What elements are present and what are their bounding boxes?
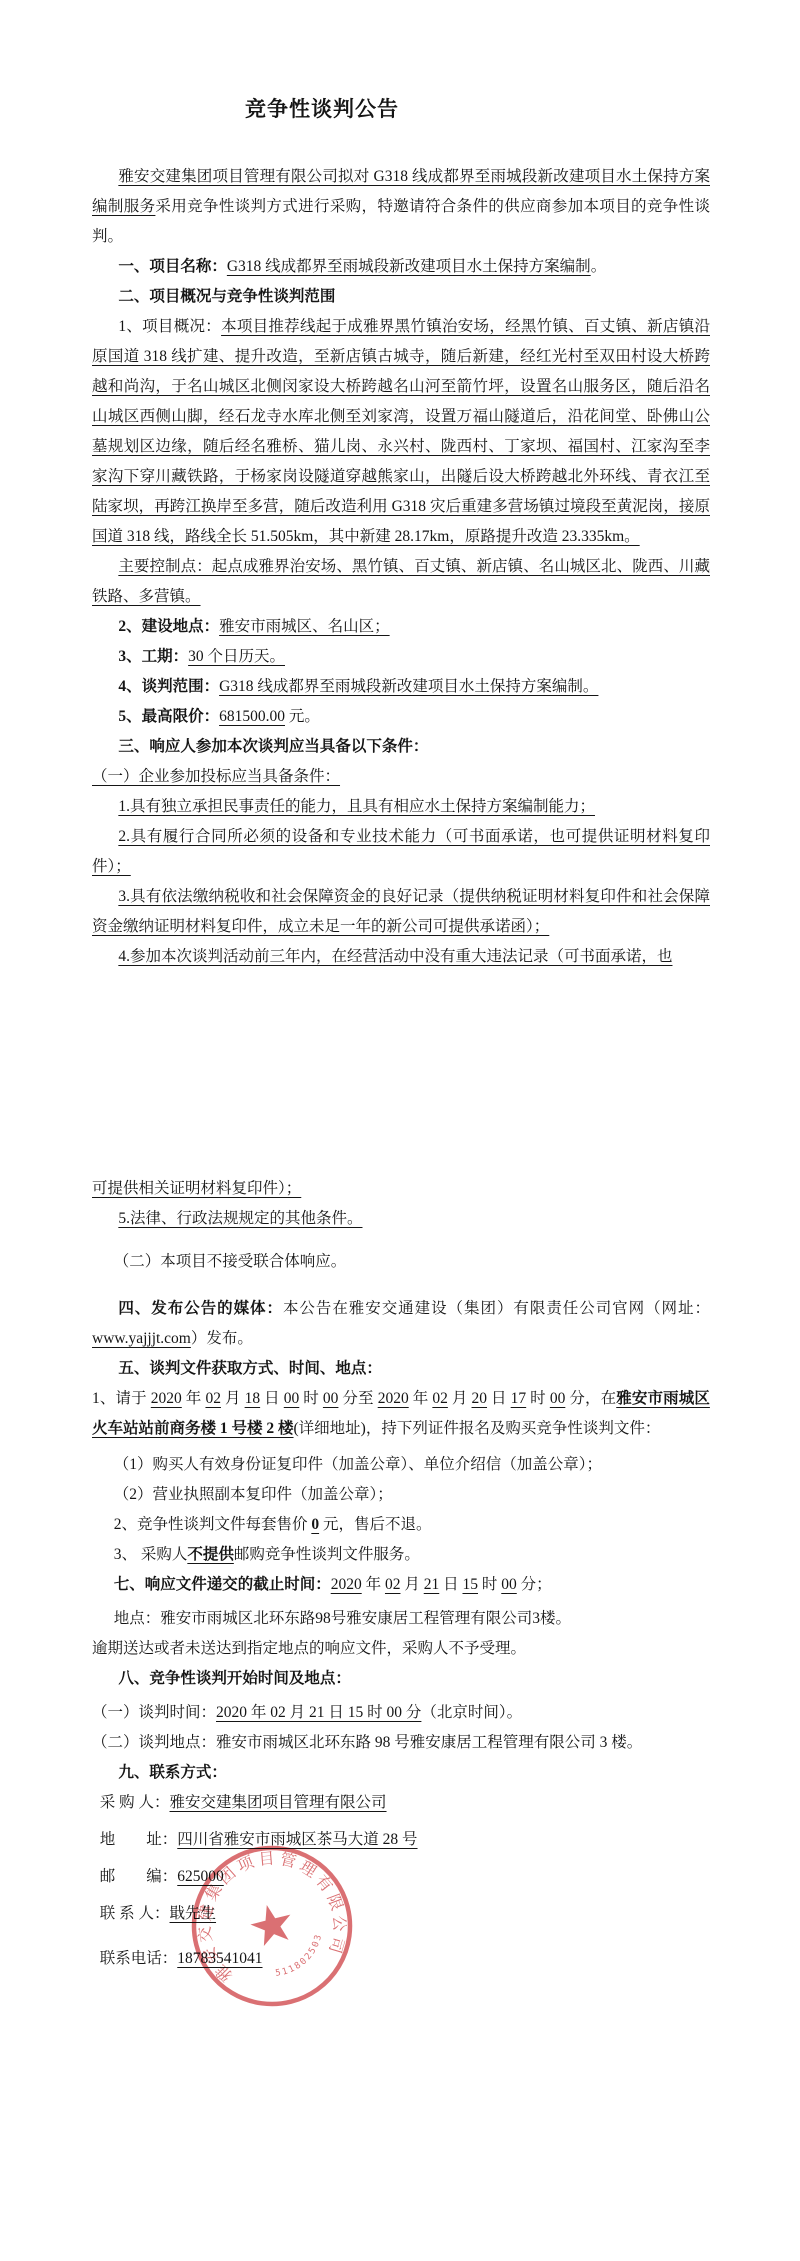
text-run: 地点：雅安市雨城区北环东路98号雅安康居工程管理有限公司3楼。 [114,1610,571,1627]
text-run: 七、响应文件递交的截止时间： [114,1576,331,1593]
document-page: 竞争性谈判公告 雅安交建集团项目管理有限公司拟对 G318 线成都界至雨城段新改… [0,0,800,2261]
text-run: 雅安交建集团项目管理有限公司 [170,1794,387,1811]
text-run: 月 [448,1390,472,1407]
text-run: 1、请于 [92,1390,151,1407]
text-run: 00 [501,1576,517,1593]
section-8-heading: 八、竞争性谈判开始时间及地点： [92,1664,710,1694]
section-4-media: 四、发布公告的媒体：本公告在雅安交通建设（集团）有限责任公司官网（网址：www.… [92,1294,710,1354]
document-body: 雅安交建集团项目管理有限公司拟对 G318 线成都界至雨城段新改建项目水土保持方… [0,162,800,1974]
page-break-gap [92,972,710,1174]
text-run: （二）本项目不接受联合体响应。 [114,1253,347,1270]
document-purchase-time: 1、请于 2020 年 02 月 18 日 00 时 00 分至 2020 年 … [92,1384,710,1444]
condition-3: 3.具有依法缴纳税收和社会保障资金的良好记录（提供纳税证明材料复印件和社会保障资… [92,882,710,942]
submission-place: 地点：雅安市雨城区北环东路98号雅安康居工程管理有限公司3楼。 [92,1604,710,1634]
text-run: 分，在 [565,1390,616,1407]
text-run: 时 [526,1390,550,1407]
text-run: （北京时间）。 [421,1704,522,1721]
text-run: 15 [463,1576,479,1593]
text-run: 采 购 人： [100,1794,170,1811]
contact-postcode: 邮 编：625000 [92,1862,710,1892]
duration: 3、工期：30 个日历天。 [92,642,710,672]
page-break-gap [92,1234,710,1247]
text-run: 时 [299,1390,323,1407]
text-run: 联系电话： [100,1950,178,1967]
text-run: 00 [550,1390,566,1407]
text-run: 年 [409,1390,433,1407]
text-run: 本公告在雅安交通建设（集团）有限责任公司官网（网址： [283,1300,710,1317]
text-run: 不提供 [187,1546,234,1563]
text-run: 一、项目名称： [118,258,227,275]
text-run: G318 线成都界至雨城段新改建项目水土保持方案编制。 [219,678,598,695]
text-run: 八、竞争性谈判开始时间及地点： [118,1670,351,1687]
text-run: 00 [284,1390,300,1407]
text-run: 四、发布公告的媒体： [118,1300,283,1317]
negotiation-time: （一）谈判时间：2020 年 02 月 21 日 15 时 00 分（北京时间）… [92,1698,710,1728]
text-run: 3、工期： [118,648,188,665]
contact-person: 联 系 人：戢先生 [92,1899,710,1929]
text-run: 4、谈判范围： [118,678,219,695]
page-break-gap [92,1936,710,1944]
text-run: 2.具有履行合同所必须的设备和专业技术能力（可书面承诺，也可提供证明材料复印件）… [92,828,710,875]
condition-group-2: （二）本项目不接受联合体响应。 [92,1247,710,1277]
text-run: 日 [260,1390,284,1407]
text-run: 二、项目概况与竞争性谈判范围 [118,288,335,305]
text-run: 17 [511,1390,527,1407]
text-run: 5、最高限价： [118,708,219,725]
text-run: 年 [362,1576,385,1593]
text-run: 年 [182,1390,206,1407]
text-run: 本项目推荐线起于成雅界黑竹镇治安场，经黑竹镇、百丈镇、新店镇沿原国道 318 线… [92,318,710,545]
text-run: 联 系 人： [100,1905,170,1922]
text-run: G318 线成都界至雨城段新改建项目水土保持方案编制 [227,258,591,275]
text-run: 分至 [338,1390,377,1407]
page-break-gap [92,1277,710,1294]
text-run: （一）谈判时间： [92,1704,216,1721]
text-run: （一）企业参加投标应当具备条件： [92,768,340,785]
page-title: 竞争性谈判公告 [92,96,552,122]
text-run: 主要控制点：起点成雅界治安场、黑竹镇、百丈镇、新店镇、名山城区北、陇西、川藏铁路… [92,558,710,605]
late-submission-note: 逾期送达或者未送达到指定地点的响应文件，采购人不予受理。 [92,1634,710,1664]
condition-4-part2: 可提供相关证明材料复印件）； [92,1174,710,1204]
text-run: 2020 年 02 月 21 日 15 时 00 分 [216,1704,421,1721]
text-run: 3.具有依法缴纳税收和社会保障资金的良好记录（提供纳税证明材料复印件和社会保障资… [92,888,710,935]
text-run: 1、项目概况： [118,318,221,335]
text-run: 2020 [378,1390,409,1407]
text-run: （2）营业执照副本复印件（加盖公章）； [114,1486,393,1503]
text-run: 5.法律、行政法规规定的其他条件。 [118,1210,362,1227]
document-price: 2、竞争性谈判文件每套售价 0 元，售后不退。 [92,1510,710,1540]
condition-2: 2.具有履行合同所必须的设备和专业技术能力（可书面承诺，也可提供证明材料复印件）… [92,822,710,882]
text-run: 日 [439,1576,462,1593]
text-run: 2020 [151,1390,182,1407]
text-run: 3、 采购人 [114,1546,188,1563]
text-run: 五、谈判文件获取方式、时间、地点： [118,1360,382,1377]
text-run: 21 [424,1576,440,1593]
text-run: 1.具有独立承担民事责任的能力，且具有相应水土保持方案编制能力； [118,798,595,815]
text-run: 02 [205,1390,221,1407]
condition-1: 1.具有独立承担民事责任的能力，且具有相应水土保持方案编制能力； [92,792,710,822]
text-run: 九、联系方式： [118,1764,227,1781]
text-run: 。 [591,258,607,275]
text-run: 采用竞争性谈判方式进行采购，特邀请符合条件的供应商参加本项目的竞争性谈判。 [92,198,710,245]
max-price: 5、最高限价：681500.00 元。 [92,702,710,732]
text-run: 日 [487,1390,511,1407]
contact-purchaser: 采 购 人：雅安交建集团项目管理有限公司 [92,1788,710,1818]
text-run: 逾期送达或者未送达到指定地点的响应文件，采购人不予受理。 [92,1640,526,1657]
section-1-project-name: 一、项目名称：G318 线成都界至雨城段新改建项目水土保持方案编制。 [92,252,710,282]
text-run: 2、竞争性谈判文件每套售价 [114,1516,312,1533]
text-run: www.yajjjt.com [92,1330,191,1347]
section-3-heading: 三、响应人参加本次谈判应当具备以下条件： [92,732,710,762]
text-run: 邮 编： [100,1868,178,1885]
text-run: ）发布。 [191,1330,253,1347]
text-run: 元。 [285,708,320,725]
text-run: 4.参加本次谈判活动前三年内，在经营活动中没有重大违法记录（可书面承诺，也 [118,948,672,965]
text-run: （二）谈判地点：雅安市雨城区北环东路 98 号雅安康居工程管理有限公司 3 楼。 [92,1734,642,1751]
text-run: 00 [323,1390,339,1407]
control-points: 主要控制点：起点成雅界治安场、黑竹镇、百丈镇、新店镇、名山城区北、陇西、川藏铁路… [92,552,710,612]
project-overview: 1、项目概况：本项目推荐线起于成雅界黑竹镇治安场，经黑竹镇、百丈镇、新店镇沿原国… [92,312,710,552]
text-run: （1）购买人有效身份证复印件（加盖公章）、单位介绍信（加盖公章）； [114,1456,602,1473]
no-mail-order: 3、 采购人不提供邮购竞争性谈判文件服务。 [92,1540,710,1570]
text-run: 邮购竞争性谈判文件服务。 [234,1546,420,1563]
section-9-heading: 九、联系方式： [92,1758,710,1788]
contact-phone: 联系电话：18783541041 [92,1944,710,1974]
text-run: 元，售后不退。 [319,1516,431,1533]
text-run: 2、建设地点： [118,618,219,635]
section-7-deadline: 七、响应文件递交的截止时间：2020 年 02 月 21 日 15 时 00 分… [92,1570,710,1600]
text-run: 雅安市雨城区、名山区； [219,618,390,635]
text-run: 02 [432,1390,448,1407]
text-run: 20 [472,1390,488,1407]
text-run: 月 [221,1390,245,1407]
negotiation-place: （二）谈判地点：雅安市雨城区北环东路 98 号雅安康居工程管理有限公司 3 楼。 [92,1728,710,1758]
text-run: 四川省雅安市雨城区茶马大道 28 号 [177,1831,417,1848]
text-run: 分； [517,1576,552,1593]
text-run: 0 [311,1516,319,1533]
text-run: 2020 [331,1576,362,1593]
section-2-heading: 二、项目概况与竞争性谈判范围 [92,282,710,312]
condition-group-1: （一）企业参加投标应当具备条件： [92,762,710,792]
intro-paragraph: 雅安交建集团项目管理有限公司拟对 G318 线成都界至雨城段新改建项目水土保持方… [92,162,710,252]
text-run: 681500.00 [219,708,285,725]
text-run: 30 个日历天。 [188,648,285,665]
text-run: 戢先生 [170,1905,217,1922]
text-run: 18 [245,1390,261,1407]
text-run: 625000 [177,1868,224,1885]
text-run: 02 [385,1576,401,1593]
purchase-requirement-1: （1）购买人有效身份证复印件（加盖公章）、单位介绍信（加盖公章）； [92,1450,710,1480]
text-run: 月 [400,1576,423,1593]
negotiation-scope: 4、谈判范围：G318 线成都界至雨城段新改建项目水土保持方案编制。 [92,672,710,702]
condition-5: 5.法律、行政法规规定的其他条件。 [92,1204,710,1234]
text-run: 三、响应人参加本次谈判应当具备以下条件： [118,738,428,755]
contact-address: 地 址：四川省雅安市雨城区茶马大道 28 号 [92,1825,710,1855]
text-run: 时 [478,1576,501,1593]
text-run: 地 址： [100,1831,178,1848]
condition-4-part1: 4.参加本次谈判活动前三年内，在经营活动中没有重大违法记录（可书面承诺，也 [92,942,710,972]
section-5-heading: 五、谈判文件获取方式、时间、地点： [92,1354,710,1384]
purchase-requirement-2: （2）营业执照副本复印件（加盖公章）； [92,1480,710,1510]
text-run: 可提供相关证明材料复印件）； [92,1180,301,1197]
construction-site: 2、建设地点：雅安市雨城区、名山区； [92,612,710,642]
text-run: 18783541041 [177,1950,262,1967]
text-run: (详细地址)，持下列证件报名及购买竞争性谈判文件： [294,1420,661,1437]
